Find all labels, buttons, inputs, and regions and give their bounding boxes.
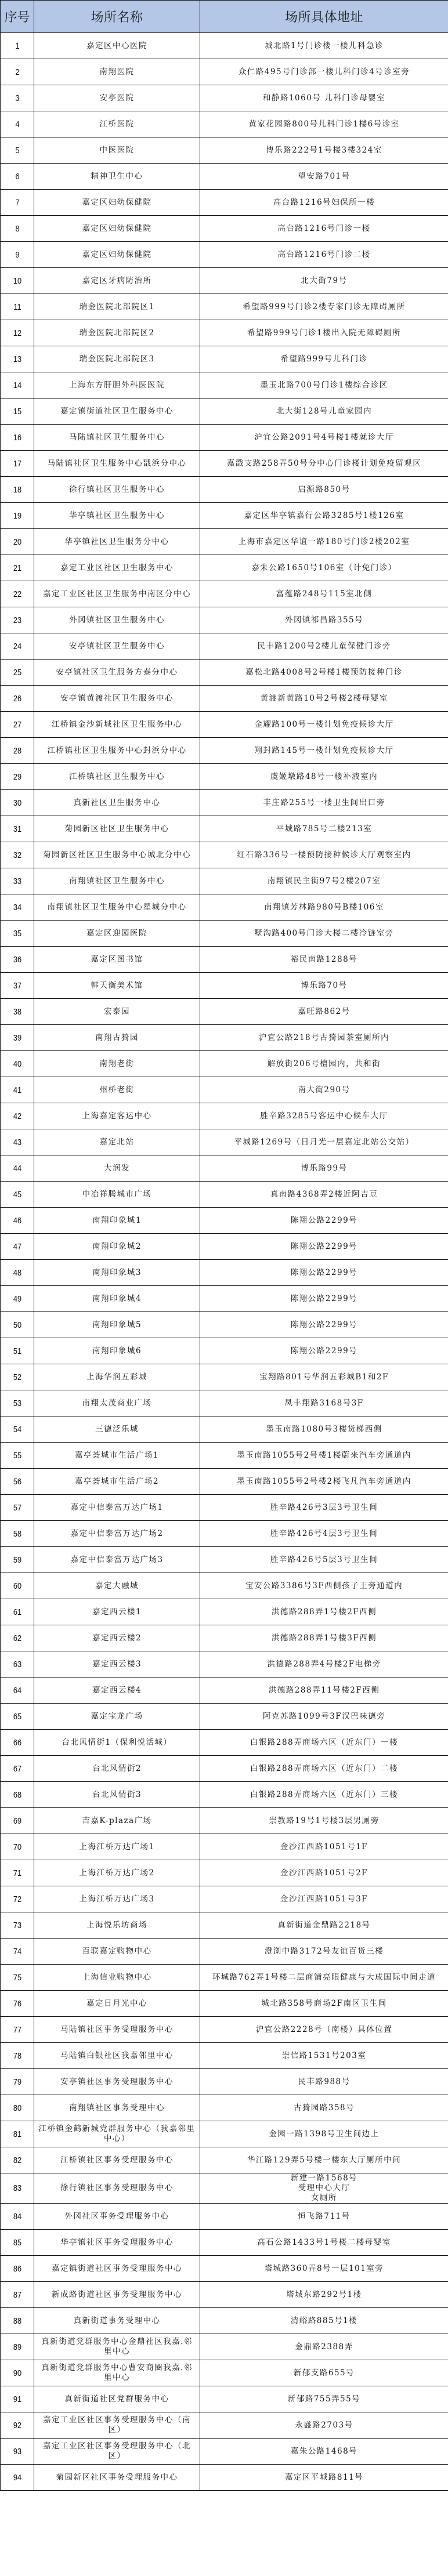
row-site-name: 安亭医院 <box>34 85 200 111</box>
row-site-name: 上海东方肝胆外科医医院 <box>34 372 200 398</box>
row-site-name: 江桥镇社区卫生服务中心 <box>34 764 200 790</box>
table-row: 36 嘉定区图书馆 裕民南路1288号 <box>1 947 448 973</box>
row-site-name: 上海悦乐坊商场 <box>34 1912 200 1939</box>
row-site-address: 解放街206号檀园内，共和街 <box>200 1051 448 1077</box>
table-row: 21 嘉定工业区社区卫生服务中心 嘉朱公路1650号106室（计免门诊） <box>1 555 448 581</box>
table-row: 14 上海东方肝胆外科医医院 墨玉北路700号门诊1楼综合诊区 <box>1 372 448 398</box>
table-row: 55 嘉亭荟城市生活广场1 墨玉南路1055号2号楼1楼蔚来汽车旁通道内 <box>1 1443 448 1469</box>
row-site-name: 嘉定北站 <box>34 1129 200 1155</box>
row-serial-number: 27 <box>3 712 31 738</box>
row-serial-number: 90 <box>3 2360 31 2386</box>
row-site-address: 沪宜公路2091号4号楼1楼就诊大厅 <box>200 425 448 451</box>
row-site-address: 墨玉北路700号门诊1楼综合诊区 <box>200 372 448 398</box>
table-row: 61 嘉定西云楼1 洪德路288弄1号楼2F西侧 <box>1 1599 448 1625</box>
row-serial-number: 39 <box>3 1025 31 1051</box>
table-row: 16 马陆镇社区卫生服务中心 沪宜公路2091号4号楼1楼就诊大厅 <box>1 425 448 451</box>
row-site-name: 菊园新区社区事务受理服务中心 <box>34 2465 200 2491</box>
row-serial-number: 69 <box>3 1808 31 1834</box>
row-site-address: 陈翔公路2299号 <box>200 1260 448 1286</box>
row-site-name: 江桥医院 <box>34 111 200 137</box>
row-site-name: 台北风情街3 <box>34 1782 200 1808</box>
row-site-name: 嘉定西云楼1 <box>34 1599 200 1625</box>
row-serial-number: 6 <box>3 164 31 190</box>
row-site-name: 南翔镇社区卫生服务中心 <box>34 868 200 894</box>
row-site-address: 金沙江西路1051号3F <box>200 1886 448 1912</box>
table-row: 47 南翔印象城2 陈翔公路2299号 <box>1 1234 448 1260</box>
row-serial-number: 14 <box>3 372 31 398</box>
row-serial-number: 46 <box>3 1208 31 1234</box>
row-serial-number: 24 <box>3 633 31 660</box>
row-serial-number: 38 <box>3 999 31 1025</box>
row-site-name: 嘉定镇街道社区卫生服务中心 <box>34 398 200 425</box>
table-row: 44 大润发 博乐路99号 <box>1 1155 448 1182</box>
row-site-name: 南翔印象城3 <box>34 1260 200 1286</box>
row-site-name: 安亭镇社区卫生服务方泰分中心 <box>34 660 200 686</box>
row-site-name: 台北风情街2 <box>34 1756 200 1782</box>
table-body: 1 嘉定区中心医院 城北路1号门诊楼一楼儿科急诊 2 南翔医院 众仁路495号门… <box>1 33 448 2491</box>
row-serial-number: 54 <box>3 1416 31 1443</box>
row-site-name: 外冈社区事务受理服务中心 <box>34 2204 200 2230</box>
table-row: 33 南翔镇社区卫生服务中心 南翔镇民主街97号2楼207室 <box>1 868 448 894</box>
table-row: 4 江桥医院 黄家花园路800号儿科门诊1楼6号诊室 <box>1 111 448 137</box>
row-serial-number: 71 <box>3 1860 31 1886</box>
row-serial-number: 81 <box>3 2121 31 2147</box>
row-site-address: 凤丰翔路3168号3F <box>200 1390 448 1416</box>
table-row: 67 台北风情街2 白银路288弄商场六区（近东门）二楼 <box>1 1756 448 1782</box>
table-row: 27 江桥镇金沙新城社区卫生服务中心 金耀路100号一楼计划免疫候诊大厅 <box>1 712 448 738</box>
row-site-address: 洪德路288弄4号楼2F电梯旁 <box>200 1651 448 1678</box>
row-site-name: 华亭镇社区卫生服务中心 <box>34 503 200 529</box>
row-site-name: 韩天衡美术馆 <box>34 973 200 999</box>
row-serial-number: 30 <box>3 790 31 816</box>
row-site-address: 白银路288弄商场六区（近东门）一楼 <box>200 1730 448 1756</box>
row-site-address: 嘉松北路4008号2号楼1楼预防接种门诊 <box>200 660 448 686</box>
header-row: 序号 场所名称 场所具体地址 <box>1 1 448 33</box>
row-serial-number: 45 <box>3 1182 31 1208</box>
row-site-address: 金园一路1398号卫生间边上 <box>200 2121 448 2147</box>
row-site-address: 南大街290号 <box>200 1077 448 1103</box>
table-row: 80 南翔镇社区事务受理中心 古猗园路358号 <box>1 2095 448 2121</box>
row-site-name: 马陆镇社区事务受理服务中心 <box>34 2017 200 2043</box>
table-row: 35 嘉定区迎园医院 墅沟路400号门诊大楼二楼冷链室旁 <box>1 921 448 947</box>
row-site-name: 大润发 <box>34 1155 200 1182</box>
row-site-address: 上海市嘉定区华谊一路180号门诊2楼202室 <box>200 529 448 555</box>
row-site-address: 崇信路1531号203室 <box>200 2043 448 2069</box>
table-row: 78 马陆镇白银社区我嘉邻里中心 崇信路1531号203室 <box>1 2043 448 2069</box>
row-serial-number: 12 <box>3 320 31 346</box>
row-site-name: 嘉定区图书馆 <box>34 947 200 973</box>
table-row: 65 嘉定宝龙广场 阿克苏路1099号3F汉巴味德旁 <box>1 1704 448 1730</box>
row-site-name: 真新街道党群服务中心曹安商圈我嘉.邻里中心 <box>34 2360 200 2386</box>
table-row: 85 华亭镇社区事务受理服务中心 高石公路1433号1号楼二楼母婴室 <box>1 2230 448 2256</box>
row-serial-number: 67 <box>3 1756 31 1782</box>
row-site-address: 洪德路288弄1号楼3F西侧 <box>200 1625 448 1651</box>
table-row: 1 嘉定区中心医院 城北路1号门诊楼一楼儿科急诊 <box>1 33 448 59</box>
row-serial-number: 35 <box>3 921 31 947</box>
row-serial-number: 18 <box>3 477 31 503</box>
row-serial-number: 79 <box>3 2069 31 2095</box>
row-site-address: 洪德路288弄1号楼2F西侧 <box>200 1599 448 1625</box>
row-site-address: 墨玉南路1055号2号楼2楼飞凡汽车旁通道内 <box>200 1469 448 1495</box>
row-site-name: 南翔印象城6 <box>34 1338 200 1364</box>
row-serial-number: 17 <box>3 451 31 477</box>
row-serial-number: 32 <box>3 842 31 868</box>
row-site-name: 上海江桥万达广场3 <box>34 1886 200 1912</box>
row-site-name: 南翔印象城2 <box>34 1234 200 1260</box>
row-serial-number: 78 <box>3 2043 31 2069</box>
row-site-address: 丰庄路255号一楼卫生间出口旁 <box>200 790 448 816</box>
row-site-name: 南翔老街 <box>34 1051 200 1077</box>
table-row: 8 嘉定区妇幼保健院 高台路1216号门诊一楼 <box>1 216 448 242</box>
table-row: 37 韩天衡美术馆 博乐路70号 <box>1 973 448 999</box>
row-serial-number: 43 <box>3 1129 31 1155</box>
row-site-address: 裕民南路1288号 <box>200 947 448 973</box>
sites-table: 序号 场所名称 场所具体地址 1 嘉定区中心医院 城北路1号门诊楼一楼儿科急诊 … <box>0 0 448 2491</box>
row-site-name: 上海嘉定客运中心 <box>34 1103 200 1129</box>
row-site-address: 陈翔公路2299号 <box>200 1234 448 1260</box>
row-serial-number: 7 <box>3 190 31 216</box>
row-site-address: 洪德路288弄11号楼2F西侧 <box>200 1678 448 1704</box>
row-site-address: 民丰路988号 <box>200 2069 448 2095</box>
table-row: 73 上海悦乐坊商场 真新街道金鼎路2218号 <box>1 1912 448 1939</box>
row-site-address: 希望路999号门诊1楼出入院无障碍厕所 <box>200 320 448 346</box>
table-row: 15 嘉定镇街道社区卫生服务中心 北大街128号儿童家园内 <box>1 398 448 425</box>
row-serial-number: 55 <box>3 1443 31 1469</box>
row-serial-number: 50 <box>3 1312 31 1338</box>
table-row: 63 嘉定西云楼3 洪德路288弄4号楼2F电梯旁 <box>1 1651 448 1678</box>
row-site-address: 启源路850号 <box>200 477 448 503</box>
table-row: 87 新成路街道社区事务受理服务中心 塔城东路292号1楼 <box>1 2282 448 2308</box>
table-row: 83 徐行镇社区事务受理服务中心 新建一路1568号 受理中心大厅 女厕所 <box>1 2173 448 2204</box>
row-serial-number: 66 <box>3 1730 31 1756</box>
row-site-name: 安亭镇黄渡社区卫生服务中心 <box>34 686 200 712</box>
row-serial-number: 92 <box>3 2412 31 2439</box>
row-site-name: 州桥老街 <box>34 1077 200 1103</box>
row-site-name: 嘉定宝龙广场 <box>34 1704 200 1730</box>
row-serial-number: 62 <box>3 1625 31 1651</box>
row-site-address: 华江路129弄5号楼一楼东大厅厕所中间 <box>200 2147 448 2173</box>
row-site-address: 黄家花园路800号儿科门诊1楼6号诊室 <box>200 111 448 137</box>
row-site-name: 嘉定区妇幼保健院 <box>34 216 200 242</box>
table-row: 11 瑞金医院北部院区1 希望路999号门诊2楼专家门诊无障碍厕所 <box>1 294 448 320</box>
row-serial-number: 60 <box>3 1573 31 1599</box>
row-serial-number: 34 <box>3 894 31 921</box>
row-site-name: 马陆镇社区卫生服务中心戬浜分中心 <box>34 451 200 477</box>
table-row: 94 菊园新区社区事务受理服务中心 嘉定区平城路811号 <box>1 2465 448 2491</box>
row-site-name: 南翔镇社区卫生服务中心星城分中心 <box>34 894 200 921</box>
row-serial-number: 9 <box>3 242 31 268</box>
row-serial-number: 61 <box>3 1599 31 1625</box>
row-site-address: 沪宜公路2228号（南楼）具体位置 <box>200 2017 448 2043</box>
row-site-name: 菊园新区社区卫生服务中心 <box>34 816 200 842</box>
table-row: 60 嘉定大融城 宝安公路3386号3F西侧孩子王旁通道内 <box>1 1573 448 1599</box>
row-site-name: 嘉定西云楼2 <box>34 1625 200 1651</box>
row-site-name: 瑞金医院北部院区2 <box>34 320 200 346</box>
row-site-name: 嘉定西云楼4 <box>34 1678 200 1704</box>
row-serial-number: 40 <box>3 1051 31 1077</box>
row-site-address: 新建一路1568号 受理中心大厅 女厕所 <box>200 2173 448 2204</box>
row-serial-number: 80 <box>3 2095 31 2121</box>
row-site-name: 真新街道党群服务中心金鼎社区我嘉.邻里中心 <box>34 2334 200 2360</box>
row-site-address: 新郁支路655号 <box>200 2360 448 2386</box>
table-row: 86 嘉定镇街道社区事务受理服务中心 塔城路360弄8号一层101室旁 <box>1 2256 448 2282</box>
row-site-name: 上海信业购物中心 <box>34 1965 200 1991</box>
header-serial-number: 序号 <box>1 1 34 33</box>
row-site-name: 真新社区卫生服务中心 <box>34 790 200 816</box>
table-row: 17 马陆镇社区卫生服务中心戬浜分中心 嘉戬支路258弄50号分中心门诊楼计划免… <box>1 451 448 477</box>
row-site-address: 崇教路19号1号楼3层男厕旁 <box>200 1808 448 1834</box>
row-serial-number: 53 <box>3 1390 31 1416</box>
row-serial-number: 2 <box>3 59 31 85</box>
row-site-address: 永盛路2703号 <box>200 2412 448 2439</box>
row-site-name: 华亭镇社区事务受理服务中心 <box>34 2230 200 2256</box>
row-serial-number: 11 <box>3 294 31 320</box>
row-site-address: 南翔镇民主街97号2楼207室 <box>200 868 448 894</box>
row-serial-number: 36 <box>3 947 31 973</box>
row-site-name: 三德泛乐城 <box>34 1416 200 1443</box>
row-site-address: 陈翔公路2299号 <box>200 1312 448 1338</box>
table-row: 3 安亭医院 和静路1060号 儿科门诊母婴室 <box>1 85 448 111</box>
row-serial-number: 59 <box>3 1547 31 1573</box>
row-serial-number: 48 <box>3 1260 31 1286</box>
table-row: 7 嘉定区妇幼保健院 高台路1216号妇保所一楼 <box>1 190 448 216</box>
row-serial-number: 89 <box>3 2334 31 2360</box>
table-row: 49 南翔印象城4 陈翔公路2299号 <box>1 1286 448 1312</box>
row-serial-number: 93 <box>3 2439 31 2465</box>
row-serial-number: 26 <box>3 686 31 712</box>
table-row: 40 南翔老街 解放街206号檀园内，共和街 <box>1 1051 448 1077</box>
table-row: 41 州桥老街 南大街290号 <box>1 1077 448 1103</box>
row-site-name: 宏泰园 <box>34 999 200 1025</box>
table-row: 31 菊园新区社区卫生服务中心 平城路785号二楼213室 <box>1 816 448 842</box>
row-site-name: 嘉亭荟城市生活广场2 <box>34 1469 200 1495</box>
row-site-address: 博乐路222号1号楼3楼324室 <box>200 137 448 164</box>
row-site-address: 嘉朱公路1650号106室（计免门诊） <box>200 555 448 581</box>
table-row: 91 真新街道社区党群服务中心 新郁路755弄55号 <box>1 2386 448 2412</box>
table-row: 46 南翔印象城1 陈翔公路2299号 <box>1 1208 448 1234</box>
row-site-name: 江桥镇社区卫生服务中心封浜分中心 <box>34 738 200 764</box>
row-site-name: 徐行镇社区卫生服务中心 <box>34 477 200 503</box>
row-site-name: 嘉定工业区社区卫生服务中心 <box>34 555 200 581</box>
table-row: 5 中医医院 博乐路222号1号楼3楼324室 <box>1 137 448 164</box>
row-site-address: 平城路1269号（日月光一层嘉定北站公交站） <box>200 1129 448 1155</box>
table-row: 18 徐行镇社区卫生服务中心 启源路850号 <box>1 477 448 503</box>
row-serial-number: 77 <box>3 2017 31 2043</box>
row-serial-number: 94 <box>3 2465 31 2491</box>
row-serial-number: 44 <box>3 1155 31 1182</box>
row-site-address: 城北路1号门诊楼一楼儿科急诊 <box>200 33 448 59</box>
row-serial-number: 87 <box>3 2282 31 2308</box>
table-row: 22 嘉定工业区社区卫生服务中南区分中心 富蕴路248号115室北侧 <box>1 581 448 607</box>
row-serial-number: 42 <box>3 1103 31 1129</box>
row-site-name: 徐行镇社区事务受理服务中心 <box>34 2173 200 2204</box>
row-serial-number: 56 <box>3 1469 31 1495</box>
row-serial-number: 20 <box>3 529 31 555</box>
row-site-address: 富蕴路248号115室北侧 <box>200 581 448 607</box>
row-serial-number: 1 <box>3 33 31 59</box>
row-site-address: 高台路1216号妇保所一楼 <box>200 190 448 216</box>
row-serial-number: 3 <box>3 85 31 111</box>
row-serial-number: 28 <box>3 738 31 764</box>
row-site-name: 嘉定工业区社区事务受理服务中心（北区） <box>34 2439 200 2465</box>
row-serial-number: 37 <box>3 973 31 999</box>
row-site-name: 中医医院 <box>34 137 200 164</box>
row-serial-number: 85 <box>3 2230 31 2256</box>
row-site-address: 嘉戬支路258弄50号分中心门诊楼计划免疫留观区 <box>200 451 448 477</box>
row-serial-number: 19 <box>3 503 31 529</box>
row-site-address: 虞姬墩路48号一楼补液室内 <box>200 764 448 790</box>
row-site-address: 平城路785号二楼213室 <box>200 816 448 842</box>
table-row: 48 南翔印象城3 陈翔公路2299号 <box>1 1260 448 1286</box>
table-row: 62 嘉定西云楼2 洪德路288弄1号楼3F西侧 <box>1 1625 448 1651</box>
row-site-name: 中冶祥腾城市广场 <box>34 1182 200 1208</box>
row-site-name: 嘉定中信泰富万达广场1 <box>34 1495 200 1521</box>
row-site-address: 望安路701号 <box>200 164 448 190</box>
table-row: 34 南翔镇社区卫生服务中心星城分中心 南翔镇芳林路980号B楼106室 <box>1 894 448 921</box>
table-row: 12 瑞金医院北部院区2 希望路999号门诊1楼出入院无障碍厕所 <box>1 320 448 346</box>
table-row: 9 嘉定区妇幼保健院 高台路1216号门诊二楼 <box>1 242 448 268</box>
table-row: 30 真新社区卫生服务中心 丰庄路255号一楼卫生间出口旁 <box>1 790 448 816</box>
row-site-address: 真南路4368弄2楼近阿吉豆 <box>200 1182 448 1208</box>
row-site-address: 陈翔公路2299号 <box>200 1208 448 1234</box>
row-serial-number: 10 <box>3 268 31 294</box>
table-row: 69 吉嘉K-plaza广场 崇教路19号1号楼3层男厕旁 <box>1 1808 448 1834</box>
row-site-address: 胜辛路426号5层3号卫生间 <box>200 1547 448 1573</box>
table-row: 28 江桥镇社区卫生服务中心封浜分中心 翔封路145号一楼计划免疫候诊大厅 <box>1 738 448 764</box>
table-row: 57 嘉定中信泰富万达广场1 胜辛路426号3层3号卫生间 <box>1 1495 448 1521</box>
row-site-address: 清峪路885号1楼 <box>200 2308 448 2334</box>
row-serial-number: 86 <box>3 2256 31 2282</box>
table-row: 89 真新街道党群服务中心金鼎社区我嘉.邻里中心 金鼎路2388弄 <box>1 2334 448 2360</box>
row-site-address: 和静路1060号 儿科门诊母婴室 <box>200 85 448 111</box>
table-row: 23 外冈镇社区卫生服务中心 外冈镇祁昌路355号 <box>1 607 448 633</box>
row-site-address: 阿克苏路1099号3F汉巴味德旁 <box>200 1704 448 1730</box>
table-row: 25 安亭镇社区卫生服务方泰分中心 嘉松北路4008号2号楼1楼预防接种门诊 <box>1 660 448 686</box>
table-row: 66 台北风情街1（保利悦活城） 白银路288弄商场六区（近东门）一楼 <box>1 1730 448 1756</box>
row-site-address: 古猗园路358号 <box>200 2095 448 2121</box>
row-site-name: 百联嘉定购物中心 <box>34 1939 200 1965</box>
row-site-address: 城北路358号商场2F南区卫生间 <box>200 1991 448 2017</box>
row-site-name: 嘉定西云楼3 <box>34 1651 200 1678</box>
table-row: 58 嘉定中信泰富万达广场2 胜辛路426号4层3号卫生间 <box>1 1521 448 1547</box>
row-serial-number: 22 <box>3 581 31 607</box>
table-row: 74 百联嘉定购物中心 澄浏中路3172号友谊百货三楼 <box>1 1939 448 1965</box>
row-site-name: 嘉定区妇幼保健院 <box>34 190 200 216</box>
row-site-address: 南翔镇芳林路980号B楼106室 <box>200 894 448 921</box>
row-site-address: 真新街道金鼎路2218号 <box>200 1912 448 1939</box>
row-serial-number: 23 <box>3 607 31 633</box>
row-serial-number: 82 <box>3 2147 31 2173</box>
table-row: 10 嘉定区牙病防治所 北大街79号 <box>1 268 448 294</box>
table-row: 32 菊园新区社区卫生服务中心城北分中心 红石路336号一楼预防接种候诊大厅观察… <box>1 842 448 868</box>
row-site-name: 嘉定区迎园医院 <box>34 921 200 947</box>
row-site-name: 马陆镇白银社区我嘉邻里中心 <box>34 2043 200 2069</box>
table-row: 20 华亭镇社区卫生服务分中心 上海市嘉定区华谊一路180号门诊2楼202室 <box>1 529 448 555</box>
row-site-name: 南翔镇社区事务受理中心 <box>34 2095 200 2121</box>
row-site-address: 外冈镇祁昌路355号 <box>200 607 448 633</box>
table-row: 75 上海信业购物中心 环城路762弄1号楼二层商铺亮眼健康与大成国际中间走道 <box>1 1965 448 1991</box>
row-serial-number: 88 <box>3 2308 31 2334</box>
table-row: 29 江桥镇社区卫生服务中心 虞姬墩路48号一楼补液室内 <box>1 764 448 790</box>
table-row: 26 安亭镇黄渡社区卫生服务中心 黄渡新黄路10号2号楼2楼母婴室 <box>1 686 448 712</box>
table-row: 79 安亭镇社区事务受理服务中心 民丰路988号 <box>1 2069 448 2095</box>
row-site-address: 胜辛路3285号客运中心候车大厅 <box>200 1103 448 1129</box>
row-site-name: 嘉定大融城 <box>34 1573 200 1599</box>
row-site-address: 红石路336号一楼预防接种候诊大厅观察室内 <box>200 842 448 868</box>
row-site-name: 江桥镇社区事务受理服务中心 <box>34 2147 200 2173</box>
row-serial-number: 13 <box>3 346 31 372</box>
row-site-address: 新郁路755弄55号 <box>200 2386 448 2412</box>
row-serial-number: 5 <box>3 137 31 164</box>
table-row: 19 华亭镇社区卫生服务中心 嘉定区华亭镇嘉行公路3285号1楼126室 <box>1 503 448 529</box>
table-row: 90 真新街道党群服务中心曹安商圈我嘉.邻里中心 新郁支路655号 <box>1 2360 448 2386</box>
row-site-address: 墨玉南路1080号3楼货梯西侧 <box>200 1416 448 1443</box>
row-site-name: 嘉定工业区社区卫生服务中南区分中心 <box>34 581 200 607</box>
row-site-name: 南翔印象城5 <box>34 1312 200 1338</box>
row-site-name: 嘉亭荟城市生活广场1 <box>34 1443 200 1469</box>
row-serial-number: 73 <box>3 1912 31 1939</box>
row-serial-number: 57 <box>3 1495 31 1521</box>
row-site-name: 上海江桥万达广场2 <box>34 1860 200 1886</box>
table-row: 45 中冶祥腾城市广场 真南路4368弄2楼近阿吉豆 <box>1 1182 448 1208</box>
row-serial-number: 70 <box>3 1834 31 1860</box>
row-serial-number: 58 <box>3 1521 31 1547</box>
row-site-address: 胜辛路426号3层3号卫生间 <box>200 1495 448 1521</box>
table-row: 38 宏泰园 嘉旺路862号 <box>1 999 448 1025</box>
row-site-name: 嘉定日月光中心 <box>34 1991 200 2017</box>
row-serial-number: 8 <box>3 216 31 242</box>
row-site-address: 希望路999号门诊2楼专家门诊无障碍厕所 <box>200 294 448 320</box>
row-site-name: 外冈镇社区卫生服务中心 <box>34 607 200 633</box>
table-row: 39 南翔古猗园 沪宜公路218号古猗园茶室厕所内 <box>1 1025 448 1051</box>
table-row: 81 江桥镇金鹤新城党群服务中心（我嘉邻里中心） 金园一路1398号卫生间边上 <box>1 2121 448 2147</box>
row-site-name: 台北风情街1（保利悦活城） <box>34 1730 200 1756</box>
row-site-name: 江桥镇金沙新城社区卫生服务中心 <box>34 712 200 738</box>
row-site-name: 真新街道事务受理中心 <box>34 2308 200 2334</box>
row-site-address: 高台路1216号门诊一楼 <box>200 216 448 242</box>
table-row: 2 南翔医院 众仁路495号门诊部一楼儿科门诊4号诊室旁 <box>1 59 448 85</box>
table-row: 24 安亭镇社区卫生服务中心 民丰路1200号2楼儿童保健门诊旁 <box>1 633 448 660</box>
row-site-address: 金沙江西路1051号1F <box>200 1834 448 1860</box>
table-row: 56 嘉亭荟城市生活广场2 墨玉南路1055号2号楼2楼飞凡汽车旁通道内 <box>1 1469 448 1495</box>
row-serial-number: 49 <box>3 1286 31 1312</box>
row-serial-number: 41 <box>3 1077 31 1103</box>
row-serial-number: 21 <box>3 555 31 581</box>
row-site-address: 环城路762弄1号楼二层商铺亮眼健康与大成国际中间走道 <box>200 1965 448 1991</box>
row-serial-number: 84 <box>3 2204 31 2230</box>
row-site-address: 墨玉南路1055号2号楼1楼蔚来汽车旁通道内 <box>200 1443 448 1469</box>
row-site-address: 嘉定区平城路811号 <box>200 2465 448 2491</box>
row-serial-number: 72 <box>3 1886 31 1912</box>
table-row: 77 马陆镇社区事务受理服务中心 沪宜公路2228号（南楼）具体位置 <box>1 2017 448 2043</box>
row-site-address: 墅沟路400号门诊大楼二楼冷链室旁 <box>200 921 448 947</box>
row-site-name: 南翔古猗园 <box>34 1025 200 1051</box>
row-site-address: 金耀路100号一楼计划免疫候诊大厅 <box>200 712 448 738</box>
row-site-address: 宝安公路3386号3F西侧孩子王旁通道内 <box>200 1573 448 1599</box>
row-site-name: 真新街道社区党群服务中心 <box>34 2386 200 2412</box>
row-site-name: 南翔印象城4 <box>34 1286 200 1312</box>
row-site-name: 嘉定中信泰富万达广场3 <box>34 1547 200 1573</box>
row-site-address: 金沙江西路1051号2F <box>200 1860 448 1886</box>
header-site-name: 场所名称 <box>34 1 200 33</box>
row-site-name: 上海江桥万达广场1 <box>34 1834 200 1860</box>
table-row: 59 嘉定中信泰富万达广场3 胜辛路426号5层3号卫生间 <box>1 1547 448 1573</box>
row-serial-number: 31 <box>3 816 31 842</box>
row-site-name: 吉嘉K-plaza广场 <box>34 1808 200 1834</box>
row-site-name: 嘉定镇街道社区事务受理服务中心 <box>34 2256 200 2282</box>
row-serial-number: 15 <box>3 398 31 425</box>
row-serial-number: 68 <box>3 1782 31 1808</box>
